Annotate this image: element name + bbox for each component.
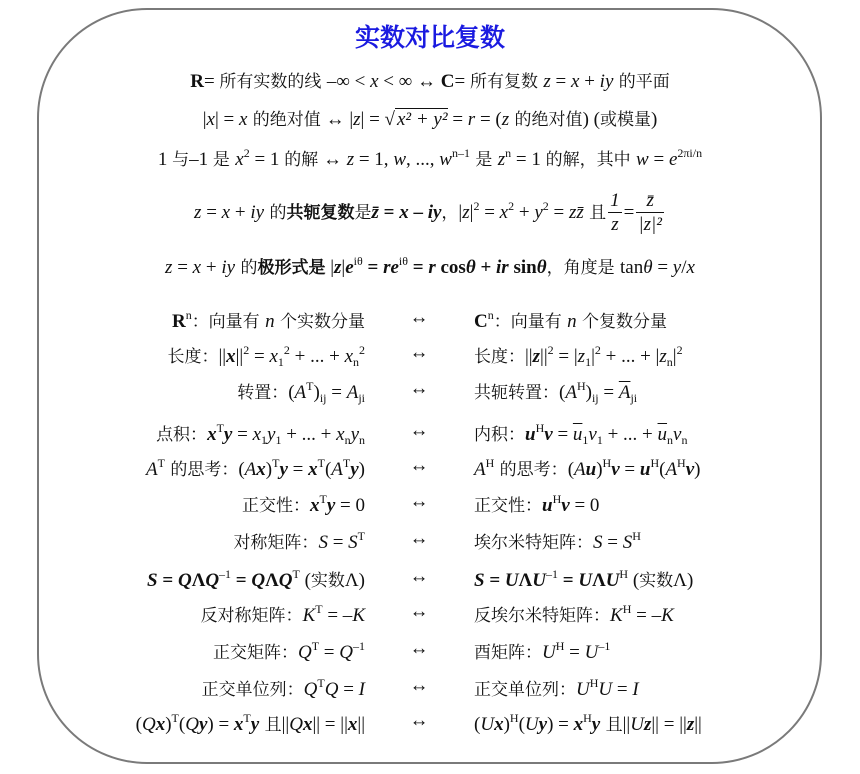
math-fragment: –1	[598, 639, 610, 653]
double-arrow-icon: ↔	[404, 675, 434, 697]
math-fragment: U	[606, 570, 620, 591]
math-fragment: iθ	[354, 254, 363, 268]
math-fragment: Q	[251, 570, 265, 591]
math-fragment: R	[172, 311, 186, 332]
math-fragment: R	[190, 71, 204, 92]
math-fragment: 是	[470, 150, 498, 170]
math-fragment: Q	[325, 679, 339, 700]
math-fragment: 内积：	[474, 425, 525, 445]
math-fragment: =	[328, 532, 348, 553]
comparison-row: AT 的思考：(Ax)Ty = xT(ATy)↔AH 的思考：(Au)Hv = …	[0, 455, 860, 483]
math-fragment: < ∞ ↔	[379, 71, 441, 92]
math-fragment: x	[269, 346, 277, 367]
formula-line-5: z = x + iy 的极形式是 |z|eiθ = reiθ = r cosθ …	[0, 256, 860, 280]
math-fragment: T	[217, 421, 224, 435]
math-fragment: (	[628, 570, 639, 591]
math-fragment: x	[308, 459, 318, 480]
math-fragment: T	[312, 639, 319, 653]
math-fragment: iy	[221, 257, 235, 278]
math-fragment: 或模量	[600, 110, 651, 130]
math-fragment: = –	[323, 605, 353, 626]
math-fragment: U	[532, 570, 546, 591]
math-fragment: +	[579, 71, 599, 92]
math-fragment: =	[455, 71, 470, 92]
math-fragment: z	[353, 109, 360, 130]
math-fragment: 正交单位列：	[474, 680, 576, 700]
math-fragment: n	[265, 311, 275, 332]
math-fragment: x	[234, 714, 244, 735]
math-fragment: x	[310, 495, 320, 516]
real-side: 正交矩阵：QT = Q–1	[213, 638, 365, 664]
double-arrow-icon: ↔	[404, 378, 434, 400]
math-fragment: θ	[466, 257, 476, 278]
math-fragment: Q	[279, 570, 293, 591]
math-fragment: v	[588, 424, 596, 445]
math-fragment: S	[623, 532, 633, 553]
math-fragment: U	[598, 679, 612, 700]
math-fragment: 且	[584, 203, 606, 223]
math-fragment: T	[320, 492, 327, 506]
math-fragment: =	[231, 570, 251, 591]
math-fragment: 的思考：	[165, 460, 238, 480]
math-fragment: A	[295, 382, 307, 403]
math-fragment: H	[619, 567, 628, 581]
math-fragment: x	[256, 459, 266, 480]
complex-side: 共轭转置：(AH)ij = Aji	[474, 378, 637, 404]
math-fragment: || = ||	[312, 714, 347, 735]
math-fragment: w	[636, 149, 649, 170]
page-title: 实数对比复数	[0, 18, 860, 54]
math-fragment: 所有复数	[470, 72, 543, 92]
double-arrow-icon: ↔	[404, 710, 434, 732]
math-fragment: 正交矩阵：	[213, 643, 298, 663]
math-fragment: 1	[278, 355, 284, 369]
comparison-row: 正交矩阵：QT = Q–1↔酉矩阵：UH = U–1	[0, 638, 860, 666]
math-fragment: =	[558, 570, 578, 591]
math-fragment: 的解，其中	[546, 150, 636, 170]
math-fragment: 的绝对值	[247, 110, 320, 130]
math-fragment: –∞ <	[327, 71, 370, 92]
math-fragment: T	[172, 711, 179, 725]
math-fragment: S	[593, 532, 603, 553]
math-fragment: 2	[359, 343, 365, 357]
math-fragment: S	[348, 532, 358, 553]
math-fragment: w	[393, 149, 406, 170]
math-fragment: 极形式是	[257, 258, 325, 278]
math-fragment: =	[485, 570, 505, 591]
math-fragment: A	[245, 459, 257, 480]
math-fragment: =	[172, 257, 192, 278]
math-fragment: 2πi/n	[677, 146, 702, 160]
math-fragment: 实数	[639, 571, 673, 591]
math-fragment: z	[533, 346, 540, 367]
math-fragment: v	[561, 495, 569, 516]
math-fragment: Λ)	[345, 570, 365, 591]
math-fragment: 个实数分量	[275, 312, 365, 332]
math-fragment: + ... + |	[601, 346, 659, 367]
math-fragment: Λ	[265, 570, 279, 591]
math-fragment: ||	[694, 714, 702, 735]
complex-side: (Ux)H(Uy) = xHy 且||Uz|| = ||z||	[474, 710, 702, 736]
math-fragment: H	[553, 492, 562, 506]
math-fragment: w	[439, 149, 452, 170]
math-fragment: =	[363, 257, 383, 278]
math-fragment: iy	[600, 71, 614, 92]
math-fragment: H	[486, 456, 495, 470]
comparison-row: Rn：向量有 n 个实数分量↔Cn：向量有 n 个复数分量	[0, 307, 860, 335]
math-fragment: C	[474, 311, 488, 332]
math-fragment: =	[249, 346, 269, 367]
math-fragment: =	[408, 257, 428, 278]
math-fragment: , ...,	[406, 149, 439, 170]
math-fragment: = 0	[335, 495, 365, 516]
math-fragment: A	[565, 382, 577, 403]
math-fragment: K	[352, 605, 365, 626]
math-fragment: +	[201, 257, 221, 278]
math-fragment: x	[348, 714, 358, 735]
math-fragment: θ	[643, 257, 652, 278]
math-fragment: –1	[189, 149, 213, 170]
math-fragment: y	[539, 714, 547, 735]
complex-side: Cn：向量有 n 个复数分量	[474, 307, 667, 333]
math-fragment: A	[331, 459, 343, 480]
real-side: 反对称矩阵：KT = –K	[201, 601, 365, 627]
math-fragment: H	[650, 456, 659, 470]
real-side: (Qx)T(Qy) = xTy 且||Qx|| = ||x||	[136, 710, 365, 736]
comparison-row: 对称矩阵：S = ST↔埃尔米特矩阵：S = SH	[0, 528, 860, 556]
math-fragment: x	[253, 424, 261, 445]
math-fragment: 共轭复数	[286, 203, 354, 223]
math-fragment: n	[567, 311, 577, 332]
math-fragment: z̄	[371, 202, 378, 223]
math-fragment: U	[585, 642, 599, 663]
math-fragment: + ... +	[281, 424, 336, 445]
real-side: AT 的思考：(Ax)Ty = xT(ATy)	[146, 455, 365, 481]
math-fragment: y	[351, 424, 359, 445]
comparison-row: 点积：xTy = x1y1 + ... + xnyn↔内积：uHv = u1v1…	[0, 420, 860, 448]
math-fragment: 是	[213, 150, 235, 170]
math-fragment: = (	[475, 109, 502, 130]
comparison-row: 反对称矩阵：KT = –K↔反埃尔米特矩阵：KH = –K	[0, 601, 860, 629]
double-arrow-icon: ↔	[404, 307, 434, 329]
math-fragment: = 1	[250, 149, 284, 170]
math-fragment: n	[681, 433, 687, 447]
math-fragment: =	[551, 71, 571, 92]
math-fragment: A	[146, 459, 158, 480]
complex-side: 反埃尔米特矩阵：KH = –K	[474, 601, 674, 627]
complex-side: S = UΛU–1 = UΛUH (实数Λ)	[474, 566, 693, 592]
math-fragment: θ	[537, 257, 547, 278]
math-fragment: U	[630, 714, 644, 735]
math-fragment: ij	[320, 391, 327, 405]
math-fragment: =	[158, 570, 178, 591]
math-fragment: x	[345, 346, 353, 367]
formula-line-4: z = x + iy 的共轭复数是z̄ = x – iy，|z|2 = x2 +…	[0, 190, 860, 237]
math-fragment: 1z	[608, 190, 622, 237]
math-fragment: Λ	[592, 570, 606, 591]
math-fragment: iy	[250, 202, 264, 223]
math-fragment: x	[193, 257, 201, 278]
math-fragment: | = √	[361, 109, 395, 130]
math-fragment: –1	[546, 567, 558, 581]
double-arrow-icon: ↔	[404, 420, 434, 442]
math-fragment: =	[288, 459, 308, 480]
math-fragment: cos	[436, 257, 466, 278]
math-fragment: U	[480, 714, 494, 735]
math-fragment: =	[204, 71, 219, 92]
formula-line-2: |x| = x 的绝对值 ↔ |z| = √x² + y² = r = (z 的…	[0, 108, 860, 132]
math-fragment: +	[230, 202, 250, 223]
math-fragment: =	[603, 532, 623, 553]
complex-side: 正交性：uHv = 0	[474, 491, 599, 517]
math-fragment: ||	[219, 346, 227, 367]
double-arrow-icon: ↔	[404, 528, 434, 550]
real-side: S = QΛQ–1 = QΛQT (实数Λ)	[147, 566, 365, 592]
math-fragment: | =	[215, 109, 239, 130]
complex-side: 长度：||z||2 = |z1|2 + ... + |zn|2	[474, 342, 683, 368]
math-fragment: || = ||	[651, 714, 686, 735]
math-fragment: =	[612, 679, 632, 700]
complex-side: AH 的思考：(Au)Hv = uH(AHv)	[474, 455, 700, 481]
math-fragment: ji	[630, 391, 637, 405]
complex-side: 内积：uHv = u1v1 + ... + unvn	[474, 420, 687, 446]
math-fragment: 1	[158, 149, 172, 170]
math-fragment: )	[359, 459, 365, 480]
math-fragment: Q	[298, 642, 312, 663]
math-fragment: 2	[677, 343, 683, 357]
comparison-row: 正交单位列：QTQ = I↔正交单位列：UHU = I	[0, 675, 860, 703]
math-fragment: iy	[428, 202, 442, 223]
math-fragment: y	[350, 459, 358, 480]
math-fragment: = 1,	[354, 149, 393, 170]
math-fragment: ) (	[583, 109, 600, 130]
math-fragment: =	[201, 202, 221, 223]
formula-line-1: R= 所有实数的线 –∞ < x < ∞ ↔ C= 所有复数 z = x + i…	[0, 70, 860, 94]
math-fragment: 且	[259, 715, 281, 735]
math-fragment: 共轭转置：	[474, 383, 559, 403]
math-fragment: z	[659, 346, 666, 367]
math-fragment: –	[409, 202, 428, 223]
math-fragment: U	[576, 679, 590, 700]
math-fragment: A	[574, 459, 586, 480]
math-fragment: S	[147, 570, 158, 591]
math-fragment: ij	[592, 391, 599, 405]
real-side: 正交单位列：QTQ = I	[202, 675, 365, 701]
math-fragment: u	[542, 495, 553, 516]
math-fragment: 正交单位列：	[202, 680, 304, 700]
real-side: Rn：向量有 n 个实数分量	[172, 307, 365, 333]
math-fragment: sin	[509, 257, 537, 278]
math-fragment: A	[347, 382, 359, 403]
math-fragment: Λ)	[673, 570, 693, 591]
math-fragment: 酉矩阵：	[474, 643, 542, 663]
math-fragment: u	[573, 424, 583, 445]
math-fragment: u	[525, 424, 536, 445]
math-fragment: T	[243, 711, 250, 725]
math-fragment: =	[232, 424, 252, 445]
math-fragment: =	[549, 202, 569, 223]
math-fragment: ir	[496, 257, 509, 278]
math-fragment: A	[474, 459, 486, 480]
math-fragment: z	[578, 346, 585, 367]
real-side: 对称矩阵：S = ST	[233, 528, 365, 554]
math-fragment: ||	[357, 714, 365, 735]
math-fragment: +	[476, 257, 496, 278]
math-fragment: 且	[600, 715, 622, 735]
math-fragment: T	[158, 456, 165, 470]
math-fragment: + ... +	[290, 346, 345, 367]
math-fragment: ，角度是	[547, 258, 620, 278]
math-fragment: x² + y²	[395, 108, 448, 130]
math-fragment: K	[303, 605, 316, 626]
comparison-row: 正交性：xTy = 0↔正交性：uHv = 0	[0, 491, 860, 519]
math-fragment: K	[661, 605, 674, 626]
math-fragment: ) =	[207, 714, 234, 735]
math-fragment: 的	[264, 203, 286, 223]
math-fragment: I	[632, 679, 638, 700]
double-arrow-icon: ↔	[404, 342, 434, 364]
math-fragment: 长度：	[168, 347, 219, 367]
math-fragment: 长度：	[474, 347, 525, 367]
math-fragment: ||	[540, 346, 548, 367]
math-fragment: T	[358, 529, 365, 543]
math-fragment: iθ	[399, 254, 408, 268]
math-fragment: Λ	[519, 570, 533, 591]
math-fragment: x	[222, 202, 230, 223]
math-fragment: 的解	[284, 150, 318, 170]
real-side: 点积：xTy = x1y1 + ... + xnyn	[156, 420, 365, 446]
math-fragment: z̄|z|²	[636, 190, 664, 237]
formula-line-3: 1 与–1 是 x2 = 1 的解 ↔ z = 1, w, ..., wn–1 …	[0, 148, 860, 172]
math-fragment: H	[510, 711, 519, 725]
math-fragment: H	[583, 711, 592, 725]
math-fragment: 个复数分量	[577, 312, 667, 332]
math-fragment: y	[251, 714, 259, 735]
math-fragment: 与	[172, 150, 189, 170]
math-fragment: x	[235, 149, 243, 170]
comparison-row: S = QΛQ–1 = QΛQT (实数Λ)↔S = UΛU–1 = UΛUH …	[0, 566, 860, 594]
math-fragment: x	[399, 202, 409, 223]
math-fragment: (	[300, 570, 311, 591]
math-fragment: y	[673, 257, 681, 278]
math-fragment: U	[542, 642, 556, 663]
math-fragment: 正交性：	[242, 496, 310, 516]
math-fragment: r	[428, 257, 435, 278]
math-fragment: x	[574, 714, 584, 735]
math-fragment: x	[336, 424, 344, 445]
real-side: 正交性：xTy = 0	[242, 491, 365, 517]
math-fragment: A	[619, 382, 631, 403]
math-fragment: =	[379, 202, 399, 223]
math-fragment: H	[677, 456, 686, 470]
math-fragment: x	[370, 71, 378, 92]
math-fragment: u	[658, 424, 668, 445]
math-fragment: Q	[185, 714, 199, 735]
math-fragment: –1	[353, 639, 365, 653]
math-fragment: =	[653, 257, 673, 278]
math-fragment: z	[543, 71, 550, 92]
math-fragment: 实数	[311, 571, 345, 591]
math-fragment: S	[474, 570, 485, 591]
math-fragment: H	[536, 421, 545, 435]
math-fragment: 所有实数的线	[219, 72, 326, 92]
math-fragment: 的思考：	[494, 460, 567, 480]
math-fragment: ↔	[318, 149, 347, 170]
math-fragment: |	[325, 257, 334, 278]
math-fragment: x	[500, 202, 508, 223]
math-fragment: Q	[289, 714, 303, 735]
math-fragment: 反对称矩阵：	[201, 606, 303, 626]
math-fragment: u	[640, 459, 651, 480]
math-fragment: = 0	[570, 495, 600, 516]
math-fragment: = 1	[511, 149, 545, 170]
math-fragment: )	[651, 109, 657, 130]
math-fragment: H	[577, 379, 586, 393]
math-fragment: +	[514, 202, 534, 223]
math-fragment: 转置：	[237, 383, 288, 403]
math-fragment: e	[345, 257, 353, 278]
math-fragment: y	[592, 714, 600, 735]
math-fragment: 点积：	[156, 425, 207, 445]
math-fragment: ||	[525, 346, 533, 367]
math-fragment: ：向量有	[494, 312, 567, 332]
math-fragment: x	[494, 714, 504, 735]
math-fragment: v	[686, 459, 694, 480]
math-fragment: =	[599, 382, 619, 403]
math-fragment: =	[649, 149, 669, 170]
math-fragment: 的	[235, 258, 257, 278]
math-fragment: Q	[178, 570, 192, 591]
math-fragment: 对称矩阵：	[233, 533, 318, 553]
math-fragment: z	[347, 149, 354, 170]
math-fragment: =	[564, 642, 584, 663]
math-fragment: x	[207, 109, 215, 130]
math-fragment: 反埃尔米特矩阵：	[474, 606, 610, 626]
math-fragment: re	[383, 257, 399, 278]
math-fragment: H	[632, 529, 641, 543]
complex-side: 正交单位列：UHU = I	[474, 675, 639, 701]
math-fragment: K	[610, 605, 623, 626]
math-fragment: Λ	[192, 570, 206, 591]
math-fragment: u	[586, 459, 597, 480]
math-fragment: ) =	[547, 714, 574, 735]
math-fragment: n	[359, 433, 365, 447]
math-fragment: )	[694, 459, 700, 480]
math-fragment: =	[448, 109, 468, 130]
math-fragment: 正交性：	[474, 496, 542, 516]
math-fragment: ji	[358, 391, 365, 405]
comparison-row: (Qx)T(Qy) = xTy 且||Qx|| = ||x||↔(Ux)H(Uy…	[0, 710, 860, 738]
math-fragment: v	[611, 459, 619, 480]
math-fragment: 是	[354, 203, 371, 223]
math-fragment: ，	[441, 203, 458, 223]
double-arrow-icon: ↔	[404, 491, 434, 513]
math-fragment: Q	[142, 714, 156, 735]
math-fragment: x	[207, 424, 217, 445]
math-fragment: y	[534, 202, 542, 223]
real-side: 长度：||x||2 = x12 + ... + xn2	[168, 342, 366, 368]
math-fragment: 的绝对值	[509, 110, 582, 130]
math-fragment: =	[327, 382, 347, 403]
math-fragment: S	[318, 532, 328, 553]
math-fragment: =	[338, 679, 358, 700]
math-fragment: A	[665, 459, 677, 480]
math-fragment: I	[359, 679, 365, 700]
math-fragment: Q	[339, 642, 353, 663]
math-fragment: –1	[219, 567, 231, 581]
math-fragment: Q	[205, 570, 219, 591]
math-fragment: = –	[631, 605, 661, 626]
